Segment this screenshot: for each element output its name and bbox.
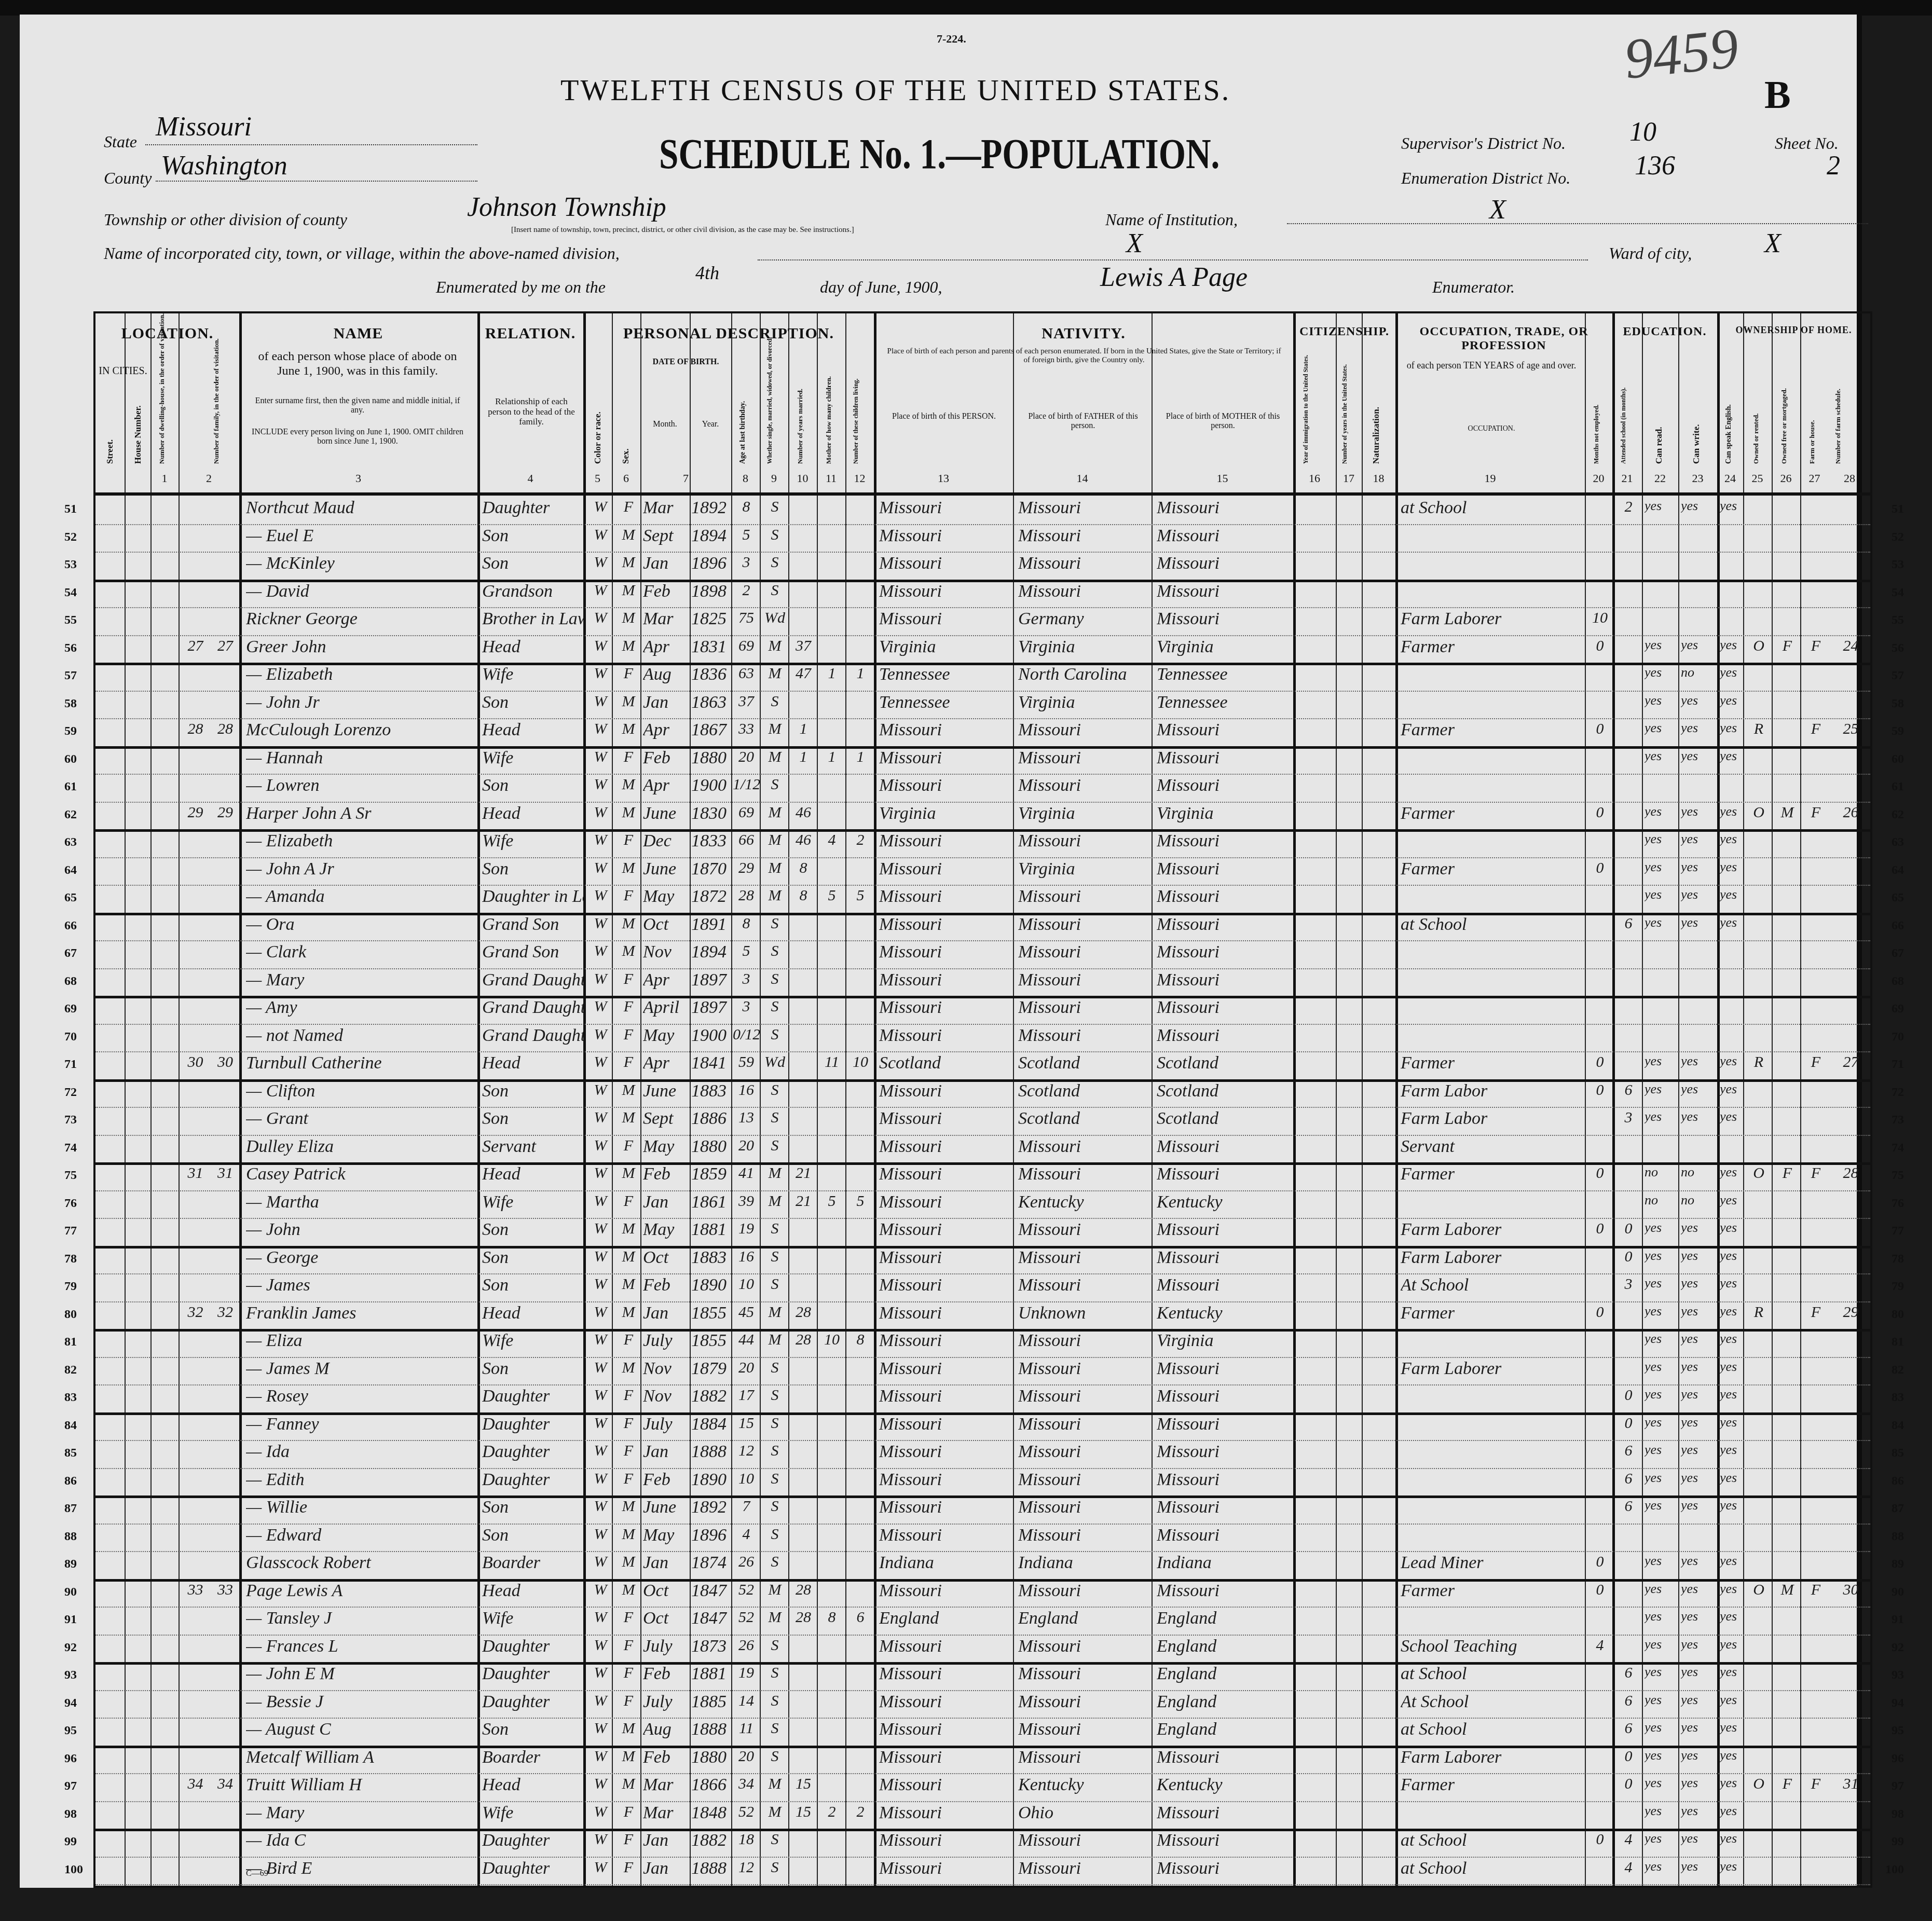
- cell-color: W: [587, 1248, 613, 1266]
- cell-own: R: [1746, 1303, 1772, 1321]
- cell-mar: S: [761, 1275, 788, 1293]
- cell-bm: Missouri: [1157, 498, 1293, 518]
- table-row: 8989Glasscock RobertBoarderWMJan187426SI…: [95, 1551, 1870, 1582]
- cell-dw: 30: [181, 1053, 210, 1071]
- cell-sch: 2: [1615, 498, 1642, 516]
- cell-eng: yes: [1720, 1748, 1743, 1763]
- cell-age: 18: [733, 1831, 760, 1848]
- cell-bp: Missouri: [879, 1859, 1013, 1878]
- cell-bm: Scotland: [1157, 1109, 1293, 1129]
- cell-eng: yes: [1720, 1498, 1743, 1513]
- cell-sex: M: [615, 1164, 641, 1182]
- table-row: 62622929Harper John A SrHeadWMJune183069…: [95, 802, 1870, 832]
- cell-year: 1866: [691, 1775, 731, 1795]
- cell-read: yes: [1645, 1053, 1678, 1069]
- cell-bm: Missouri: [1157, 1831, 1293, 1850]
- cell-sex: F: [615, 1609, 641, 1626]
- cell-name: — David: [246, 582, 477, 601]
- line-number: 99: [1892, 1835, 1904, 1849]
- line-number: 92: [64, 1641, 77, 1655]
- cell-bp: Missouri: [879, 859, 1013, 879]
- cell-month: Jan: [643, 1303, 690, 1323]
- cell-dw: 28: [181, 720, 210, 738]
- cell-bp: Missouri: [879, 1775, 1013, 1795]
- cell-write: no: [1681, 665, 1717, 680]
- enumerator-label: Enumerator.: [1432, 278, 1515, 297]
- cell-occ: at School: [1401, 1664, 1585, 1684]
- cell-year: 1890: [691, 1470, 731, 1490]
- cell-color: W: [587, 1664, 613, 1682]
- cell-write: yes: [1681, 1609, 1717, 1624]
- cell-cl: 8: [847, 1331, 874, 1349]
- cell-bm: England: [1157, 1637, 1293, 1656]
- cell-bp: Missouri: [879, 1470, 1013, 1490]
- cell-sex: F: [615, 1192, 641, 1210]
- cell-mu: 0: [1587, 859, 1612, 877]
- cell-name: — Fanney: [246, 1415, 477, 1434]
- cell-mar: S: [761, 498, 788, 516]
- cell-age: 12: [733, 1859, 760, 1876]
- cell-bf: Missouri: [1018, 1637, 1152, 1656]
- cell-name: — Lowren: [246, 776, 477, 795]
- col-num: 16: [1293, 472, 1336, 485]
- cell-mar: S: [761, 1220, 788, 1238]
- line-number: 95: [1892, 1724, 1904, 1738]
- cell-year: 1888: [691, 1720, 731, 1739]
- cell-read: yes: [1645, 1775, 1678, 1791]
- cell-rel: Wife: [482, 1192, 583, 1212]
- cell-name: — Mary: [246, 1803, 477, 1823]
- cell-rel: Head: [482, 1164, 583, 1184]
- cell-read: yes: [1645, 1248, 1678, 1264]
- table-row: 7979— JamesSonWMFeb189010SMissouriMissou…: [95, 1273, 1870, 1302]
- cell-cl: 10: [847, 1053, 874, 1071]
- line-number: 64: [64, 863, 77, 877]
- cell-bp: Missouri: [879, 1803, 1013, 1823]
- cell-sex: M: [615, 1359, 641, 1377]
- line-number: 92: [1892, 1641, 1904, 1655]
- color-header: Color or race.: [593, 391, 603, 464]
- col-num: 14: [1013, 472, 1152, 485]
- cell-color: W: [587, 1164, 613, 1182]
- line-number: 56: [1892, 641, 1904, 655]
- cell-read: yes: [1645, 1359, 1678, 1375]
- nativity-heading: NATIVITY.: [874, 325, 1293, 342]
- cell-bm: England: [1157, 1609, 1293, 1628]
- cell-rel: Son: [482, 1081, 583, 1101]
- cell-month: Nov: [643, 1359, 690, 1379]
- cell-eng: yes: [1720, 1637, 1743, 1652]
- cell-bf: Kentucky: [1018, 1192, 1152, 1212]
- cell-fh: F: [1803, 1303, 1829, 1321]
- children-living-header: Number of these children living.: [852, 350, 860, 464]
- cell-age: 29: [733, 859, 760, 877]
- cell-occ: Farm Laborer: [1401, 1359, 1585, 1379]
- cell-write: yes: [1681, 720, 1717, 736]
- cell-rel: Grand Son: [482, 915, 583, 935]
- cell-rel: Daughter: [482, 1637, 583, 1656]
- cell-write: yes: [1681, 1553, 1717, 1569]
- cell-bf: Missouri: [1018, 1220, 1152, 1240]
- col-num: 25: [1743, 472, 1772, 485]
- table-row: 6767— ClarkGrand SonWMNov18945SMissouriM…: [95, 940, 1870, 969]
- cell-bm: Kentucky: [1157, 1192, 1293, 1212]
- cell-color: W: [587, 970, 613, 988]
- cell-bm: Missouri: [1157, 582, 1293, 601]
- cell-year: 1870: [691, 859, 731, 879]
- cell-occ: at School: [1401, 1859, 1585, 1878]
- cell-fh: F: [1803, 637, 1829, 655]
- table-row: 5353— McKinleySonWMJan18963SMissouriMiss…: [95, 552, 1870, 582]
- cell-bf: Missouri: [1018, 1720, 1152, 1739]
- cell-eng: yes: [1720, 1053, 1743, 1069]
- cell-eng: yes: [1720, 1581, 1743, 1597]
- line-number: 67: [1892, 946, 1904, 960]
- cell-age: 15: [733, 1415, 760, 1432]
- cell-name: — Martha: [246, 1192, 477, 1212]
- cell-occ: Farmer: [1401, 1053, 1585, 1073]
- cell-sch: 4: [1615, 1859, 1642, 1876]
- cell-year: 1896: [691, 554, 731, 573]
- cell-month: Oct: [643, 1248, 690, 1268]
- cell-read: yes: [1645, 1498, 1678, 1513]
- cell-sex: M: [615, 1720, 641, 1737]
- cell-eng: yes: [1720, 887, 1743, 902]
- cell-own: O: [1746, 804, 1772, 821]
- cell-bp: Virginia: [879, 804, 1013, 824]
- cell-month: Nov: [643, 1387, 690, 1406]
- cell-color: W: [587, 1859, 613, 1876]
- cell-sex: M: [615, 1081, 641, 1099]
- cell-cl: 1: [847, 748, 874, 766]
- line-number: 85: [1892, 1446, 1904, 1460]
- cell-mar: S: [761, 1081, 788, 1099]
- line-number: 94: [64, 1696, 77, 1710]
- col-num: 11: [817, 472, 845, 485]
- table-row: 5252— Euel ESonWMSept18945SMissouriMisso…: [95, 524, 1870, 553]
- cell-eng: yes: [1720, 1220, 1743, 1236]
- city-value: X: [1126, 228, 1143, 259]
- cell-color: W: [587, 1720, 613, 1737]
- cell-own: O: [1746, 1164, 1772, 1182]
- cell-year: 1898: [691, 582, 731, 601]
- cell-rel: Daughter: [482, 1470, 583, 1490]
- township-label: Township or other division of county: [104, 210, 347, 229]
- table-row: 6363— ElizabethWifeWFDec183366M4642Misso…: [95, 829, 1870, 858]
- cell-bp: Missouri: [879, 1026, 1013, 1046]
- cell-name: — John: [246, 1220, 477, 1240]
- line-number: 57: [1892, 669, 1904, 683]
- cell-year: 1885: [691, 1692, 731, 1712]
- cell-name: — Hannah: [246, 748, 477, 768]
- cell-bm: England: [1157, 1664, 1293, 1684]
- cell-name: Casey Patrick: [246, 1164, 477, 1184]
- cell-read: yes: [1645, 1664, 1678, 1680]
- line-number: 80: [1892, 1308, 1904, 1322]
- cell-sex: M: [615, 1581, 641, 1599]
- cell-mar: M: [761, 1775, 788, 1793]
- cell-bf: Virginia: [1018, 693, 1152, 712]
- relation-heading: RELATION.: [477, 325, 583, 342]
- cell-rel: Son: [482, 693, 583, 712]
- cell-occ: Farmer: [1401, 859, 1585, 879]
- line-number: 62: [1892, 808, 1904, 822]
- cell-age: 34: [733, 1775, 760, 1793]
- line-number: 59: [64, 724, 77, 738]
- name-description: of each person whose place of abode on J…: [251, 350, 464, 378]
- line-number: 61: [1892, 780, 1904, 794]
- cell-age: 1/12: [733, 776, 760, 793]
- cell-age: 7: [733, 1498, 760, 1515]
- line-number: 55: [64, 613, 77, 627]
- cell-color: W: [587, 1275, 613, 1293]
- cell-read: yes: [1645, 1303, 1678, 1319]
- cell-age: 20: [733, 1748, 760, 1765]
- cell-read: yes: [1645, 1831, 1678, 1846]
- cell-bp: Missouri: [879, 1581, 1013, 1601]
- cell-bf: Missouri: [1018, 1498, 1152, 1517]
- cell-bm: Missouri: [1157, 1748, 1293, 1767]
- cell-mu: 0: [1587, 1081, 1612, 1099]
- cell-month: May: [643, 1026, 690, 1046]
- cell-month: Apr: [643, 637, 690, 657]
- cell-dw: 33: [181, 1581, 210, 1599]
- cell-rel: Son: [482, 1359, 583, 1379]
- cell-month: June: [643, 1498, 690, 1517]
- cell-bm: Missouri: [1157, 1803, 1293, 1823]
- cell-eng: yes: [1720, 1664, 1743, 1680]
- cell-sch: 6: [1615, 1664, 1642, 1682]
- cell-read: yes: [1645, 1609, 1678, 1624]
- col-num: 10: [788, 472, 817, 485]
- cell-sex: M: [615, 776, 641, 793]
- line-number: 51: [64, 502, 77, 516]
- col-num: 4: [477, 472, 583, 485]
- cell-bm: England: [1157, 1720, 1293, 1739]
- cell-bm: Missouri: [1157, 1359, 1293, 1379]
- cell-month: Nov: [643, 942, 690, 962]
- cell-occ: Farmer: [1401, 720, 1585, 740]
- line-number: 98: [1892, 1807, 1904, 1821]
- cell-rel: Wife: [482, 1609, 583, 1628]
- attended-school-header: Attended school (in months).: [1620, 355, 1627, 464]
- cell-sch: 0: [1615, 1775, 1642, 1793]
- cell-occ: Farm Labor: [1401, 1081, 1585, 1101]
- institution-line: [1287, 223, 1868, 224]
- line-number: 74: [1892, 1141, 1904, 1155]
- line-number: 100: [1885, 1863, 1904, 1877]
- cell-fm: M: [1774, 804, 1800, 821]
- cell-sex: M: [615, 859, 641, 877]
- cell-sex: M: [615, 1748, 641, 1765]
- cell-sex: F: [615, 1470, 641, 1488]
- cell-occ: Farm Laborer: [1401, 609, 1585, 629]
- cell-occ: School Teaching: [1401, 1637, 1585, 1656]
- table-row: 8282— James MSonWMNov187920SMissouriMiss…: [95, 1357, 1870, 1386]
- cell-dw: 27: [181, 637, 210, 655]
- line-number: 79: [1892, 1280, 1904, 1294]
- cell-bm: Missouri: [1157, 1220, 1293, 1240]
- cell-year: 1884: [691, 1415, 731, 1434]
- cell-bp: Missouri: [879, 1831, 1013, 1850]
- cell-name: — Willie: [246, 1498, 477, 1517]
- table-row: 56562727Greer JohnHeadWMApr183169M37Virg…: [95, 635, 1870, 666]
- cell-color: W: [587, 831, 613, 849]
- cell-bm: Missouri: [1157, 1164, 1293, 1184]
- line-number: 78: [64, 1252, 77, 1266]
- cell-occ: Farmer: [1401, 1164, 1585, 1184]
- cell-bf: Virginia: [1018, 637, 1152, 657]
- cell-ym: 28: [790, 1331, 817, 1349]
- cell-eng: yes: [1720, 915, 1743, 930]
- cell-rel: Daughter in Law: [482, 887, 583, 907]
- cell-rel: Son: [482, 1526, 583, 1545]
- county-label: County: [104, 169, 152, 188]
- occupation-description: of each person TEN YEARS of age and over…: [1403, 360, 1580, 371]
- cell-name: Truitt William H: [246, 1775, 477, 1795]
- cell-fm: M: [1774, 1581, 1800, 1599]
- cell-write: yes: [1681, 1831, 1717, 1846]
- cell-sex: F: [615, 1692, 641, 1710]
- cell-ym: 8: [790, 887, 817, 904]
- cell-age: 37: [733, 693, 760, 710]
- table-row: 97973434Truitt William HHeadWMMar186634M…: [95, 1773, 1870, 1802]
- enumerator-name: Lewis A Page: [1100, 262, 1248, 293]
- line-number: 86: [64, 1474, 77, 1488]
- cell-month: Jan: [643, 554, 690, 573]
- cell-name: — Amanda: [246, 887, 477, 907]
- cell-eng: yes: [1720, 1331, 1743, 1347]
- line-number: 81: [1892, 1335, 1904, 1349]
- cell-mar: M: [761, 859, 788, 877]
- cell-write: yes: [1681, 1637, 1717, 1652]
- years-married-header: Number of years married.: [796, 350, 804, 464]
- cell-sex: M: [615, 526, 641, 544]
- cell-mar: M: [761, 1192, 788, 1210]
- cell-month: Apr: [643, 970, 690, 990]
- cell-year: 1888: [691, 1859, 731, 1878]
- cell-month: July: [643, 1692, 690, 1712]
- month-heading: Month.: [640, 420, 690, 429]
- line-number: 100: [64, 1863, 83, 1877]
- cell-fam: 32: [212, 1303, 238, 1321]
- cell-bf: Virginia: [1018, 859, 1152, 879]
- cell-occ: Farmer: [1401, 637, 1585, 657]
- cell-sex: M: [615, 942, 641, 960]
- cell-bp: Missouri: [879, 831, 1013, 851]
- cell-cl: 5: [847, 887, 874, 904]
- ward-label: Ward of city,: [1609, 244, 1692, 263]
- occupation-heading: OCCUPATION, TRADE, OR PROFESSION: [1395, 325, 1612, 353]
- cell-ym: 15: [790, 1775, 817, 1793]
- cell-bm: Scotland: [1157, 1053, 1293, 1073]
- table-row: 6161— LowrenSonWMApr19001/12SMissouriMis…: [95, 774, 1870, 803]
- cell-read: yes: [1645, 1470, 1678, 1486]
- cell-year: 1896: [691, 1526, 731, 1545]
- cell-fs: 29: [1831, 1303, 1870, 1321]
- cell-occ: Servant: [1401, 1137, 1585, 1157]
- line-number: 75: [64, 1169, 77, 1183]
- line-number: 69: [1892, 1002, 1904, 1016]
- cell-fh: F: [1803, 804, 1829, 821]
- cell-age: 8: [733, 498, 760, 516]
- table-row: 7272— CliftonSonWMJune188316SMissouriSco…: [95, 1079, 1870, 1108]
- cell-month: July: [643, 1637, 690, 1656]
- cell-bf: Missouri: [1018, 1387, 1152, 1406]
- cell-occ: Farmer: [1401, 1775, 1585, 1795]
- cell-eng: yes: [1720, 1553, 1743, 1569]
- cell-occ: at School: [1401, 915, 1585, 935]
- cell-color: W: [587, 609, 613, 627]
- table-row: 6060— HannahWifeWFFeb188020M111MissouriM…: [95, 746, 1870, 775]
- table-row: 75753131Casey PatrickHeadWMFeb185941M21M…: [95, 1162, 1870, 1191]
- cell-age: 10: [733, 1470, 760, 1488]
- scan-border-top: [0, 0, 1932, 16]
- cell-year: 1883: [691, 1081, 731, 1101]
- line-number: 70: [64, 1030, 77, 1044]
- cell-month: Dec: [643, 831, 690, 851]
- cell-bp: England: [879, 1609, 1013, 1628]
- cell-fh: F: [1803, 720, 1829, 738]
- cell-sex: F: [615, 498, 641, 516]
- page-title: TWELFTH CENSUS OF THE UNITED STATES.: [560, 73, 1230, 107]
- state-label: State: [104, 132, 137, 152]
- cell-occ: Farm Laborer: [1401, 1248, 1585, 1268]
- cell-read: yes: [1645, 637, 1678, 653]
- farm-house-header: Farm or house.: [1808, 386, 1816, 464]
- free-mortgaged-header: Owned free or mortgaged.: [1780, 355, 1788, 464]
- line-number: 67: [64, 946, 77, 960]
- cell-month: June: [643, 1081, 690, 1101]
- cell-cl: 6: [847, 1609, 874, 1626]
- line-number: 54: [1892, 586, 1904, 600]
- cell-mar: Wd: [761, 1053, 788, 1071]
- cell-color: W: [587, 1442, 613, 1460]
- cell-color: W: [587, 776, 613, 793]
- cell-write: yes: [1681, 637, 1717, 653]
- cell-month: Jan: [643, 1553, 690, 1573]
- cell-year: 1882: [691, 1387, 731, 1406]
- cell-ym: 21: [790, 1192, 817, 1210]
- line-number: 63: [64, 835, 77, 849]
- cell-year: 1882: [691, 1831, 731, 1850]
- cell-mar: M: [761, 1803, 788, 1821]
- cell-name: Metcalf William A: [246, 1748, 477, 1767]
- cell-read: yes: [1645, 1081, 1678, 1097]
- table-row: 8888— EdwardSonWMMay18964SMissouriMissou…: [95, 1524, 1870, 1553]
- cell-age: 33: [733, 720, 760, 738]
- cell-year: 1863: [691, 693, 731, 712]
- cell-name: — Ida: [246, 1442, 477, 1462]
- cell-rel: Head: [482, 804, 583, 824]
- cell-read: yes: [1645, 1553, 1678, 1569]
- cell-eng: yes: [1720, 1470, 1743, 1486]
- cell-year: 1847: [691, 1581, 731, 1601]
- table-row: 7474Dulley ElizaServantWFMay188020SMisso…: [95, 1135, 1870, 1165]
- cell-bp: Missouri: [879, 1303, 1013, 1323]
- cell-ym: 28: [790, 1609, 817, 1626]
- cell-name: — John A Jr: [246, 859, 477, 879]
- cell-ym: 21: [790, 1164, 817, 1182]
- cell-bf: Indiana: [1018, 1553, 1152, 1573]
- cell-write: yes: [1681, 831, 1717, 847]
- cell-rel: Daughter: [482, 1692, 583, 1712]
- cell-age: 69: [733, 637, 760, 655]
- cell-month: May: [643, 1137, 690, 1157]
- cell-mar: M: [761, 1164, 788, 1182]
- cell-name: — James M: [246, 1359, 477, 1379]
- line-number: 56: [64, 641, 77, 655]
